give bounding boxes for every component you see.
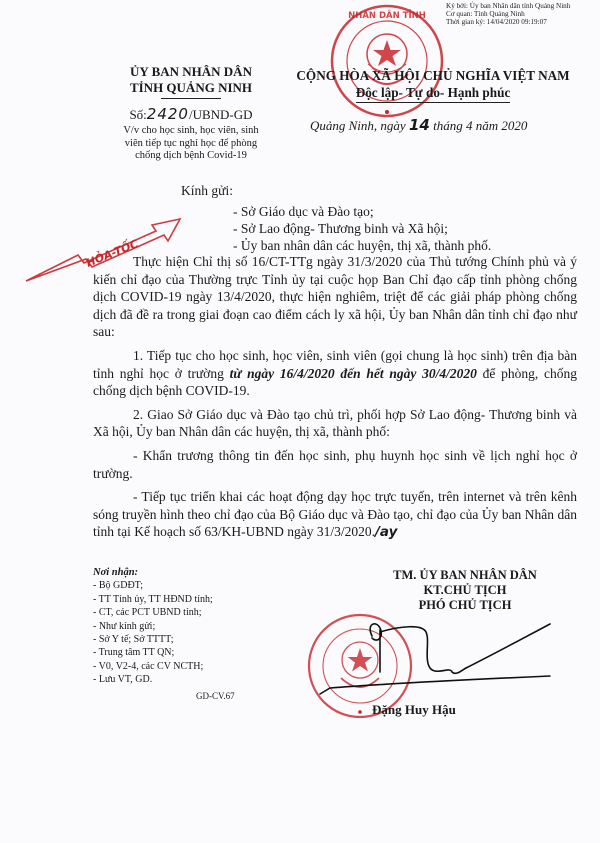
distribution-item: - Lưu VT, GD. bbox=[93, 673, 235, 686]
distribution-title: Nơi nhận: bbox=[93, 566, 235, 579]
distribution-item: - CT, các PCT UBND tỉnh; bbox=[93, 606, 235, 619]
distribution-item: - Như kính gửi; bbox=[93, 620, 235, 633]
issuing-org-line1: ỦY BAN NHÂN DÂN bbox=[96, 64, 286, 80]
distribution-item: - V0, V2-4, các CV NCTH; bbox=[93, 660, 235, 673]
national-motto: Độc lập- Tự do- Hạnh phúc bbox=[356, 85, 511, 103]
document-number: Số:2420/UBND-GD bbox=[96, 105, 286, 123]
handwritten-signature-icon bbox=[300, 600, 560, 700]
nation-title: CỘNG HÒA XÃ HỘI CHỦ NGHĨA VIỆT NAM bbox=[278, 68, 588, 84]
document-number-handwritten: 2420 bbox=[147, 105, 189, 123]
document-subject: V/v cho học sinh, học viên, sinh viên ti… bbox=[96, 125, 286, 163]
signing-agency: Cơ quan: Tỉnh Quảng Ninh bbox=[446, 10, 570, 18]
directive-item-2-sub1: - Khẩn trương thông tin đến học sinh, ph… bbox=[93, 447, 577, 482]
end-mark-handwritten: /ay bbox=[375, 524, 397, 540]
internal-code: GD-CV.67 bbox=[93, 690, 235, 703]
place-and-date: Quảng Ninh, ngày 14 tháng 4 năm 2020 bbox=[310, 116, 527, 134]
directive-item-2: 2. Giao Sở Giáo dục và Đào tạo chủ trì, … bbox=[93, 406, 577, 441]
distribution-list: Nơi nhận: - Bộ GDĐT; - TT Tỉnh ủy, TT HĐ… bbox=[93, 566, 235, 703]
addressee-item: - Ủy ban nhân dân các huyện, thị xã, thà… bbox=[233, 237, 491, 254]
header-divider bbox=[161, 98, 221, 99]
addressee-list: - Sở Giáo dục và Đào tạo; - Sở Lao động-… bbox=[233, 203, 491, 254]
distribution-item: - TT Tỉnh ủy, TT HĐND tỉnh; bbox=[93, 593, 235, 606]
signed-by: Ký bởi: Ủy ban Nhân dân tỉnh Quảng Ninh bbox=[446, 2, 570, 10]
distribution-item: - Trung tâm TT QN; bbox=[93, 646, 235, 659]
addressee-item: - Sở Giáo dục và Đào tạo; bbox=[233, 203, 491, 220]
addressee-item: - Sở Lao động- Thương binh và Xã hội; bbox=[233, 220, 491, 237]
addressee-label: Kính gửi: bbox=[181, 183, 233, 199]
svg-text:NHÂN DÂN TỈNH: NHÂN DÂN TỈNH bbox=[348, 9, 426, 21]
directive-item-2-sub2: - Tiếp tục triển khai các hoạt động dạy … bbox=[93, 488, 577, 542]
directive-item-1: 1. Tiếp tục cho học sinh, học viên, sinh… bbox=[93, 347, 577, 400]
signing-time: Thời gian ký: 14/04/2020 09:19:07 bbox=[446, 18, 570, 26]
digital-signature-info: Ký bởi: Ủy ban Nhân dân tỉnh Quảng Ninh … bbox=[446, 2, 570, 26]
issuing-org-line2: TỈNH QUẢNG NINH bbox=[96, 80, 286, 96]
issuing-authority-block: ỦY BAN NHÂN DÂN TỈNH QUẢNG NINH Số:2420/… bbox=[96, 64, 286, 163]
document-body: Thực hiện Chỉ thị số 16/CT-TTg ngày 31/3… bbox=[93, 253, 577, 548]
national-header-block: CỘNG HÒA XÃ HỘI CHỦ NGHĨA VIỆT NAM Độc l… bbox=[278, 68, 588, 103]
signature-line2: KT.CHỦ TỊCH bbox=[345, 583, 585, 598]
intro-paragraph: Thực hiện Chỉ thị số 16/CT-TTg ngày 31/3… bbox=[93, 253, 577, 341]
signature-line1: TM. ỦY BAN NHÂN DÂN bbox=[345, 568, 585, 583]
distribution-item: - Sở Y tế; Sở TTTT; bbox=[93, 633, 235, 646]
closure-period: từ ngày 16/4/2020 đến hết ngày 30/4/2020 bbox=[230, 366, 477, 381]
signer-name: Đặng Huy Hậu bbox=[372, 702, 456, 718]
date-day-handwritten: 14 bbox=[409, 116, 430, 134]
distribution-item: - Bộ GDĐT; bbox=[93, 579, 235, 592]
